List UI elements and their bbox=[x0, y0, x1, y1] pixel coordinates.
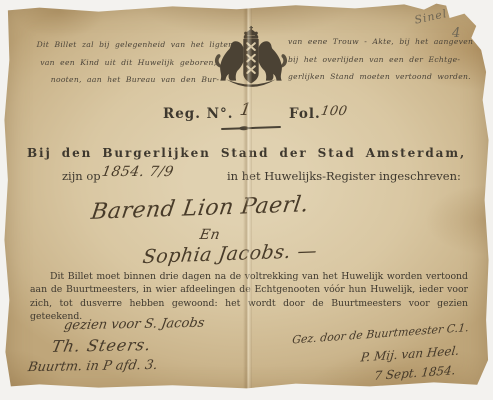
header-right-line3: gerlijken Stand moeten vertoond worden. bbox=[288, 68, 474, 86]
folio-label: Fol. bbox=[289, 106, 321, 122]
endorsement-right-date: 7 Sept. 1854. bbox=[364, 362, 465, 383]
registration-date: 1854. 7/9 bbox=[101, 164, 175, 180]
folio-value: 100 bbox=[320, 104, 349, 119]
register-number-label: Reg. N°. bbox=[163, 106, 233, 122]
groom-name: Barend Lion Paerl. bbox=[83, 192, 316, 225]
subtitle-suffix: in het Huwelijks-Register ingeschreven: bbox=[227, 169, 461, 183]
endorsement-left-line1: gezien voor S. Jacobs bbox=[63, 316, 206, 333]
aged-paper-sheet: Sinel No 4 Dit Billet zal bij gelegenhei… bbox=[0, 0, 493, 400]
endorsement-right-line1: Gez. door de Buurtmeester C.1. bbox=[292, 320, 478, 346]
subtitle-prefix: zijn op bbox=[62, 169, 101, 183]
header-right-line2: bij het overlijden van een der Echtge- bbox=[288, 51, 474, 69]
header-text-right: van eene Trouw - Akte, bij het aangeven … bbox=[288, 33, 474, 86]
bride-name: Sophia Jacobs. — bbox=[114, 239, 347, 269]
pencil-note: Sinel No bbox=[413, 2, 470, 26]
fold-crease bbox=[243, 0, 252, 400]
endorsement-left-line3: Buurtm. in P afd. 3. bbox=[27, 358, 159, 375]
header-right-line1: van eene Trouw - Akte, bij het aangeven bbox=[288, 33, 474, 51]
photo-of-document: Sinel No 4 Dit Billet zal bij gelegenhei… bbox=[0, 0, 493, 400]
endorsement-left-signature: Th. Steers. bbox=[50, 335, 153, 356]
conjunction-en: En bbox=[189, 227, 232, 243]
